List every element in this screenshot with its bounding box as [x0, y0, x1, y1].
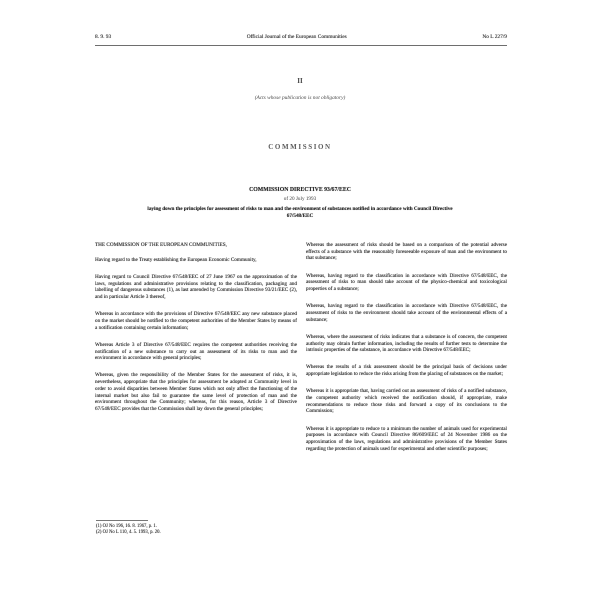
- right-column: Whereas the assessment of risks should b…: [306, 242, 507, 463]
- paragraph: Whereas it is appropriate to reduce to a…: [306, 426, 507, 453]
- directive-number: COMMISSION DIRECTIVE 93/67/EEC: [130, 187, 470, 193]
- footnote: (2) OJ No L 110, 4. 5. 1993, p. 20.: [96, 530, 266, 536]
- paragraph: Whereas, where the assessment of risks i…: [306, 334, 507, 354]
- section-note: (Acts whose publication is not obligator…: [0, 95, 600, 101]
- paragraph: Whereas the results of a risk assessment…: [306, 364, 507, 377]
- directive-date: of 20 July 1993: [130, 196, 470, 202]
- header-journal-title: Official Journal of the European Communi…: [247, 34, 347, 40]
- paragraph: Whereas, having regard to the classifica…: [306, 303, 507, 323]
- paragraph: Whereas, given the responsibility of the…: [95, 372, 297, 412]
- section-heading-commission: COMMISSION: [0, 143, 600, 151]
- paragraph: Whereas, having regard to the classifica…: [306, 273, 507, 293]
- header-page-number: No L 227/9: [482, 34, 507, 40]
- left-column: THE COMMISSION OF THE EUROPEAN COMMUNITI…: [95, 242, 297, 423]
- scanned-document-page: 8. 9. 93 Official Journal of the Europea…: [0, 0, 600, 600]
- footnote-block: (1) OJ No 196, 16. 8. 1967, p. 1. (2) OJ…: [96, 520, 266, 536]
- page-header: 8. 9. 93 Official Journal of the Europea…: [95, 34, 507, 40]
- directive-title-block: COMMISSION DIRECTIVE 93/67/EEC of 20 Jul…: [130, 187, 470, 220]
- paragraph: Whereas in accordance with the provision…: [95, 311, 297, 331]
- section-numeral: II: [0, 77, 600, 85]
- header-rule: [95, 45, 507, 46]
- paragraph: Having regard to Council Directive 67/54…: [95, 274, 297, 301]
- paragraph: Whereas the assessment of risks should b…: [306, 242, 507, 262]
- directive-subject: laying down the principles for assessmen…: [135, 206, 465, 220]
- paragraph: Whereas it is appropriate that, having c…: [306, 388, 507, 415]
- footnote-rule: [96, 520, 148, 521]
- paragraph: Having regard to the Treaty establishing…: [95, 257, 297, 264]
- header-date: 8. 9. 93: [95, 34, 111, 40]
- paragraph: Whereas Article 3 of Directive 67/548/EE…: [95, 342, 297, 362]
- paragraph: THE COMMISSION OF THE EUROPEAN COMMUNITI…: [95, 242, 297, 249]
